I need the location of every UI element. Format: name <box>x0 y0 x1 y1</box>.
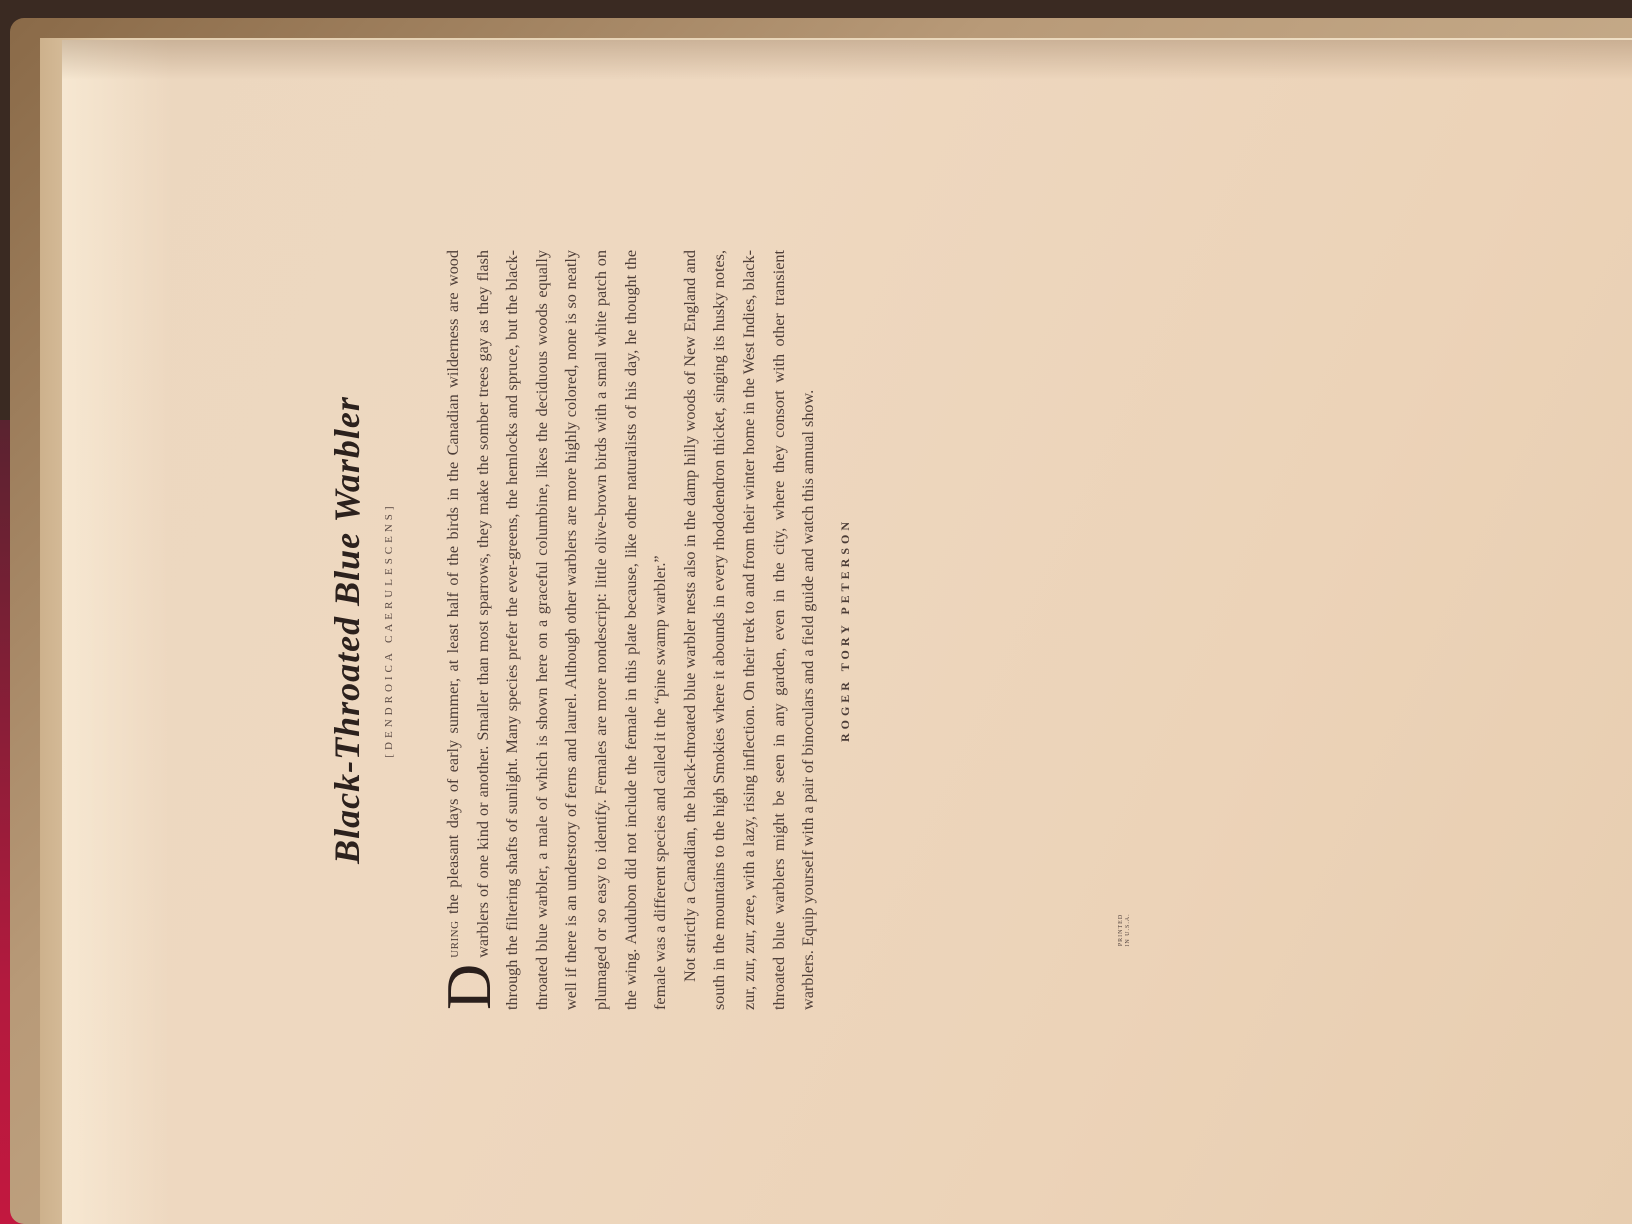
scientific-name: [Dendroica caerulescens] <box>383 250 395 1010</box>
page-gutter-light <box>62 40 172 1224</box>
printed-in-usa-mark: PRINTED IN U.S.A. <box>1118 910 1132 950</box>
paragraph-1: During the pleasant days of early summer… <box>439 250 676 1010</box>
author-byline: ROGER TORY PETERSON <box>838 250 853 1010</box>
paragraph-2-text: Not strictly a Canadian, the black-throa… <box>681 250 817 1010</box>
drop-cap: D <box>443 964 495 1010</box>
lead-in: uring <box>444 920 462 957</box>
page-top-shadow <box>62 40 1632 80</box>
page-text-block: Black-Throated Blue Warbler [Dendroica c… <box>325 250 853 1010</box>
page-title: Black-Throated Blue Warbler <box>325 250 369 1010</box>
paragraph-2: Not strictly a Canadian, the black-throa… <box>676 250 824 1010</box>
paragraph-1-text: the pleasant days of early summer, at le… <box>444 250 669 1010</box>
